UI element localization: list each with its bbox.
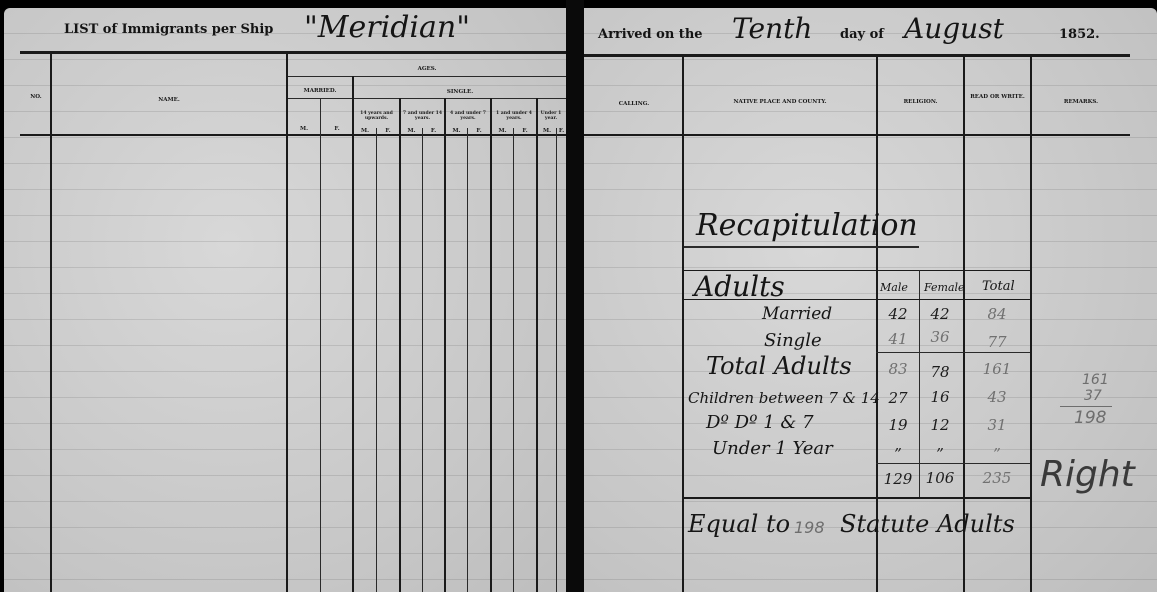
col-single: SINGLE.	[354, 89, 566, 95]
col-married: MARRIED.	[288, 88, 352, 94]
recap-row-label: Dº Dº 1 & 7	[706, 412, 814, 433]
col-sex-f: F.	[423, 128, 444, 134]
recap-total-rule	[876, 463, 1030, 464]
recap-male: ”	[878, 445, 918, 463]
col-rule	[513, 128, 514, 592]
col-calling: CALLING.	[586, 101, 682, 107]
recap-female: 78	[920, 363, 960, 381]
col-sex-m: M.	[446, 128, 467, 134]
recap-total: 161	[977, 360, 1017, 378]
recap-title: Recapitulation	[696, 208, 918, 243]
recap-header-rule	[684, 299, 1030, 300]
col-rule	[444, 98, 446, 592]
day-of-label: day of	[840, 27, 884, 42]
name-col-rule	[286, 51, 288, 592]
col-sex-f: F.	[468, 128, 490, 134]
col-married-m: M.	[288, 126, 320, 132]
col-rule	[399, 98, 401, 592]
col-rule	[376, 128, 377, 592]
recap-male: 41	[878, 330, 918, 348]
married-mf-rule	[320, 98, 321, 592]
recap-subtotal-rule	[876, 352, 1030, 353]
statute-adults-label: Statute Adults	[840, 510, 1015, 538]
col-sex-f: F.	[557, 128, 566, 134]
statute-adults-value: 198	[794, 518, 825, 537]
list-title: LIST of Immigrants per Ship	[64, 22, 273, 37]
recap-header-total: Total	[982, 279, 1015, 294]
recap-grand-male: 129	[878, 470, 918, 488]
married-single-rule	[352, 76, 354, 592]
recap-title-underline	[684, 246, 919, 248]
col-rule	[490, 98, 492, 592]
recap-row-label: Under 1 Year	[712, 438, 833, 459]
right-page: Arrived on the Tenth day of August 1852.…	[584, 8, 1157, 592]
recap-female: 12	[920, 416, 960, 434]
recap-header-male: Male	[880, 281, 908, 294]
col-rule	[467, 128, 468, 592]
equal-to-label: Equal to	[688, 510, 790, 538]
recap-bottom-rule	[684, 497, 1030, 499]
recap-female: 16	[920, 388, 960, 406]
recap-total: 31	[977, 416, 1017, 434]
recap-row-label: Total Adults	[706, 352, 852, 380]
recap-header-female: Female	[924, 281, 965, 294]
recap-total: 77	[977, 333, 1017, 351]
margin-calc-rule	[1060, 406, 1112, 407]
arrival-year: 1852.	[1059, 27, 1100, 42]
recap-female: 42	[920, 305, 960, 323]
recap-female: 36	[920, 328, 960, 346]
recap-male: 19	[878, 416, 918, 434]
calling-col-rule	[682, 54, 684, 592]
col-rule	[536, 98, 538, 592]
col-no: No.	[22, 94, 50, 100]
book-gutter	[566, 0, 584, 592]
col-4-7: 4 and under 7 years.	[446, 111, 490, 122]
recap-total: ”	[977, 445, 1017, 463]
col-14-up: 14 years and upwards.	[354, 111, 399, 122]
col-ages: AGES.	[288, 66, 566, 72]
recap-grand-female: 106	[920, 469, 960, 487]
col-remarks: REMARKS.	[1032, 99, 1130, 105]
col-rule	[422, 128, 423, 592]
col-name: NAME.	[52, 97, 286, 103]
col-native-place: NATIVE PLACE AND COUNTY.	[684, 99, 876, 105]
header-bottom-rule	[20, 134, 566, 136]
arrived-label: Arrived on the	[598, 27, 703, 42]
col-rule	[556, 128, 557, 592]
recap-male: 42	[878, 305, 918, 323]
col-sex-f: F.	[514, 128, 536, 134]
recap-row-label: Children between 7 & 14	[688, 389, 880, 407]
col-read-write: READ OR WRITE.	[965, 94, 1030, 100]
no-col-rule	[50, 51, 52, 592]
ages-divider	[286, 76, 566, 77]
recap-grand-total: 235	[977, 469, 1017, 487]
margin-calc-line2: 37	[1084, 388, 1102, 404]
left-page: LIST of Immigrants per Ship "Meridian" N…	[4, 8, 566, 592]
header-top-rule	[20, 51, 566, 54]
ship-name: "Meridian"	[304, 10, 470, 45]
recap-male: 83	[878, 360, 918, 378]
col-1-4: 1 and under 4 years.	[492, 111, 536, 122]
recap-male: 27	[878, 389, 918, 407]
col-sex-m: M.	[354, 128, 376, 134]
col-sex-f: F.	[377, 128, 399, 134]
header-top-rule	[584, 54, 1130, 57]
married-single-divider	[286, 98, 566, 99]
col-under-1: Under 1 year.	[538, 111, 564, 122]
col-religion: RELIGION.	[878, 99, 963, 105]
margin-calc-line1: 161	[1082, 372, 1109, 388]
arrival-day: Tenth	[732, 12, 812, 45]
recap-row-label: Married	[762, 304, 832, 324]
arrival-month: August	[904, 12, 1004, 45]
readwrite-col-rule	[1030, 54, 1032, 592]
col-sex-m: M.	[538, 128, 556, 134]
col-sex-m: M.	[401, 128, 422, 134]
recap-total: 84	[977, 305, 1017, 323]
col-sex-m: M.	[492, 128, 513, 134]
recap-total: 43	[977, 388, 1017, 406]
col-married-f: F.	[322, 126, 352, 132]
margin-note-right: Right	[1040, 454, 1135, 495]
margin-calc-result: 198	[1074, 408, 1106, 428]
recap-female: ”	[920, 445, 960, 463]
col-7-14: 7 and under 14 years.	[401, 111, 444, 122]
header-bottom-rule	[584, 134, 1130, 136]
recap-row-label: Single	[764, 330, 822, 351]
